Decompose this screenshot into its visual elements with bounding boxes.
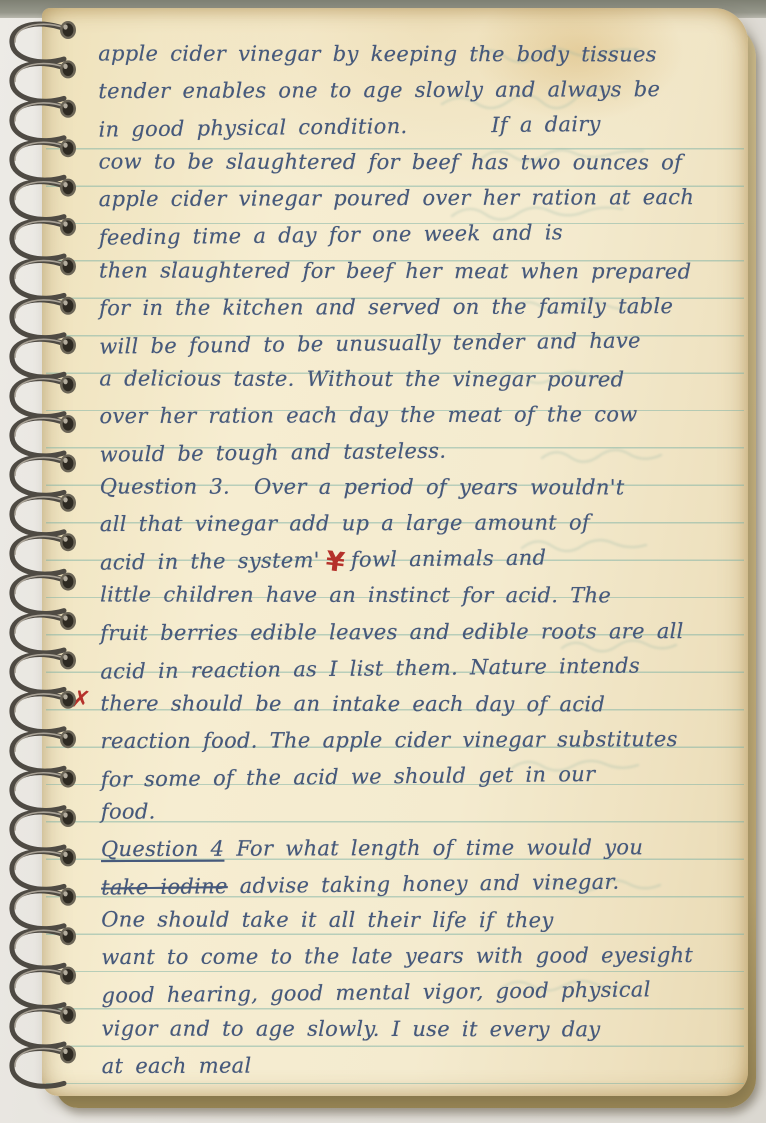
handwritten-text: little children have an instinct for aci… <box>100 583 611 608</box>
handwritten-text: will be found to be unusually tender and… <box>99 328 641 358</box>
handwritten-text: there should be an intake each day of ac… <box>100 691 605 716</box>
handwritten-line: then slaughtered for beef her meat when … <box>99 252 729 289</box>
handwritten-line: for some of the acid we should get in ou… <box>101 754 731 797</box>
red-correction-mark: ¥ <box>324 546 346 579</box>
handwritten-text: all that vinegar add up a large amount o… <box>100 511 590 537</box>
handwritten-line: all that vinegar add up a large amount o… <box>100 504 730 542</box>
handwritten-text: fowl animals and <box>351 546 547 572</box>
handwritten-text: reaction food. The apple cider vinegar s… <box>101 727 678 753</box>
handwritten-text: apple cider vinegar poured over her rati… <box>99 185 695 211</box>
handwritten-line: a delicious taste. Without the vinegar p… <box>99 360 729 397</box>
handwritten-text: at each meal <box>102 1053 252 1078</box>
handwritten-line: little children have an instinct for aci… <box>100 577 730 614</box>
handwritten-text: apple cider vinegar by keeping the body … <box>98 42 657 67</box>
handwritten-text: One should take it all their life if the… <box>101 908 553 933</box>
handwritten-text: want to come to the late years with good… <box>101 943 693 969</box>
handwritten-text: a delicious taste. Without the vinegar p… <box>99 366 624 391</box>
handwriting-lines: apple cider vinegar by keeping the body … <box>98 35 732 1084</box>
handwritten-line: vigor and to age slowly. I use it every … <box>102 1010 732 1047</box>
handwritten-text: advise taking honey and vinegar. <box>228 870 620 898</box>
handwritten-line: food. <box>101 793 731 830</box>
handwritten-line: tender enables one to age slowly and alw… <box>98 71 728 109</box>
notebook-photo: apple cider vinegar by keeping the body … <box>0 0 766 1123</box>
handwritten-text: Question 4 <box>101 837 224 861</box>
spiral-binding <box>0 0 96 1123</box>
handwritten-line: ✗there should be an intake each day of a… <box>100 685 730 722</box>
handwritten-line: would be tough and tasteless. <box>99 429 729 472</box>
handwritten-text: For what length of time would you <box>224 835 643 860</box>
handwritten-text: then slaughtered for beef her meat when … <box>99 258 691 283</box>
handwritten-line: will be found to be unusually tender and… <box>99 321 729 364</box>
handwritten-text: for some of the acid we should get in ou… <box>101 762 596 792</box>
handwritten-line: good hearing, good mental vigor, good ph… <box>101 971 731 1014</box>
handwritten-text: over her ration each day the meat of the… <box>99 402 637 428</box>
handwritten-line: Question 4 For what length of time would… <box>101 829 731 867</box>
handwritten-line: for in the kitchen and served on the fam… <box>99 288 729 326</box>
handwritten-line: in good physical condition. If a dairy <box>98 105 728 148</box>
handwritten-line: feeding time a day for one week and is <box>99 213 729 256</box>
handwritten-line: apple cider vinegar poured over her rati… <box>99 179 729 217</box>
handwritten-text: would be tough and tasteless. <box>100 439 447 467</box>
handwritten-text: good hearing, good mental vigor, good ph… <box>101 978 650 1008</box>
handwritten-line: acid in reaction as I list them. Nature … <box>100 646 730 689</box>
handwritten-line: reaction food. The apple cider vinegar s… <box>101 721 731 759</box>
handwritten-text: Question 3. Over a period of years would… <box>100 475 625 500</box>
handwritten-line: want to come to the late years with good… <box>101 937 731 975</box>
handwritten-line: One should take it all their life if the… <box>101 902 731 939</box>
notebook-page: apple cider vinegar by keeping the body … <box>42 8 748 1096</box>
handwritten-text: acid in the system' <box>100 548 320 574</box>
handwritten-text: food. <box>101 799 156 823</box>
handwritten-text: take iodine <box>101 874 228 899</box>
handwritten-line: Question 3. Over a period of years would… <box>100 469 730 506</box>
handwritten-text: acid in reaction as I list them. Nature … <box>100 653 640 683</box>
handwritten-line: at each meal <box>102 1046 732 1084</box>
handwritten-line: cow to be slaughtered for beef has two o… <box>99 144 729 181</box>
handwritten-text: cow to be slaughtered for beef has two o… <box>99 150 683 175</box>
handwritten-text: for in the kitchen and served on the fam… <box>99 294 673 320</box>
handwritten-line: acid in the system'¥fowl animals and <box>100 538 730 581</box>
handwritten-line: over her ration each day the meat of the… <box>99 396 729 434</box>
handwritten-text: vigor and to age slowly. I use it every … <box>102 1016 601 1041</box>
handwritten-line: apple cider vinegar by keeping the body … <box>98 35 728 72</box>
handwritten-text: fruit berries edible leaves and edible r… <box>100 619 684 645</box>
handwritten-text: tender enables one to age slowly and alw… <box>98 77 660 103</box>
handwritten-text: in good physical condition. If a dairy <box>98 112 601 142</box>
handwritten-text: feeding time a day for one week and is <box>99 221 563 250</box>
handwritten-line: fruit berries edible leaves and edible r… <box>100 612 730 650</box>
handwritten-line: take iodine advise taking honey and vine… <box>101 863 731 906</box>
